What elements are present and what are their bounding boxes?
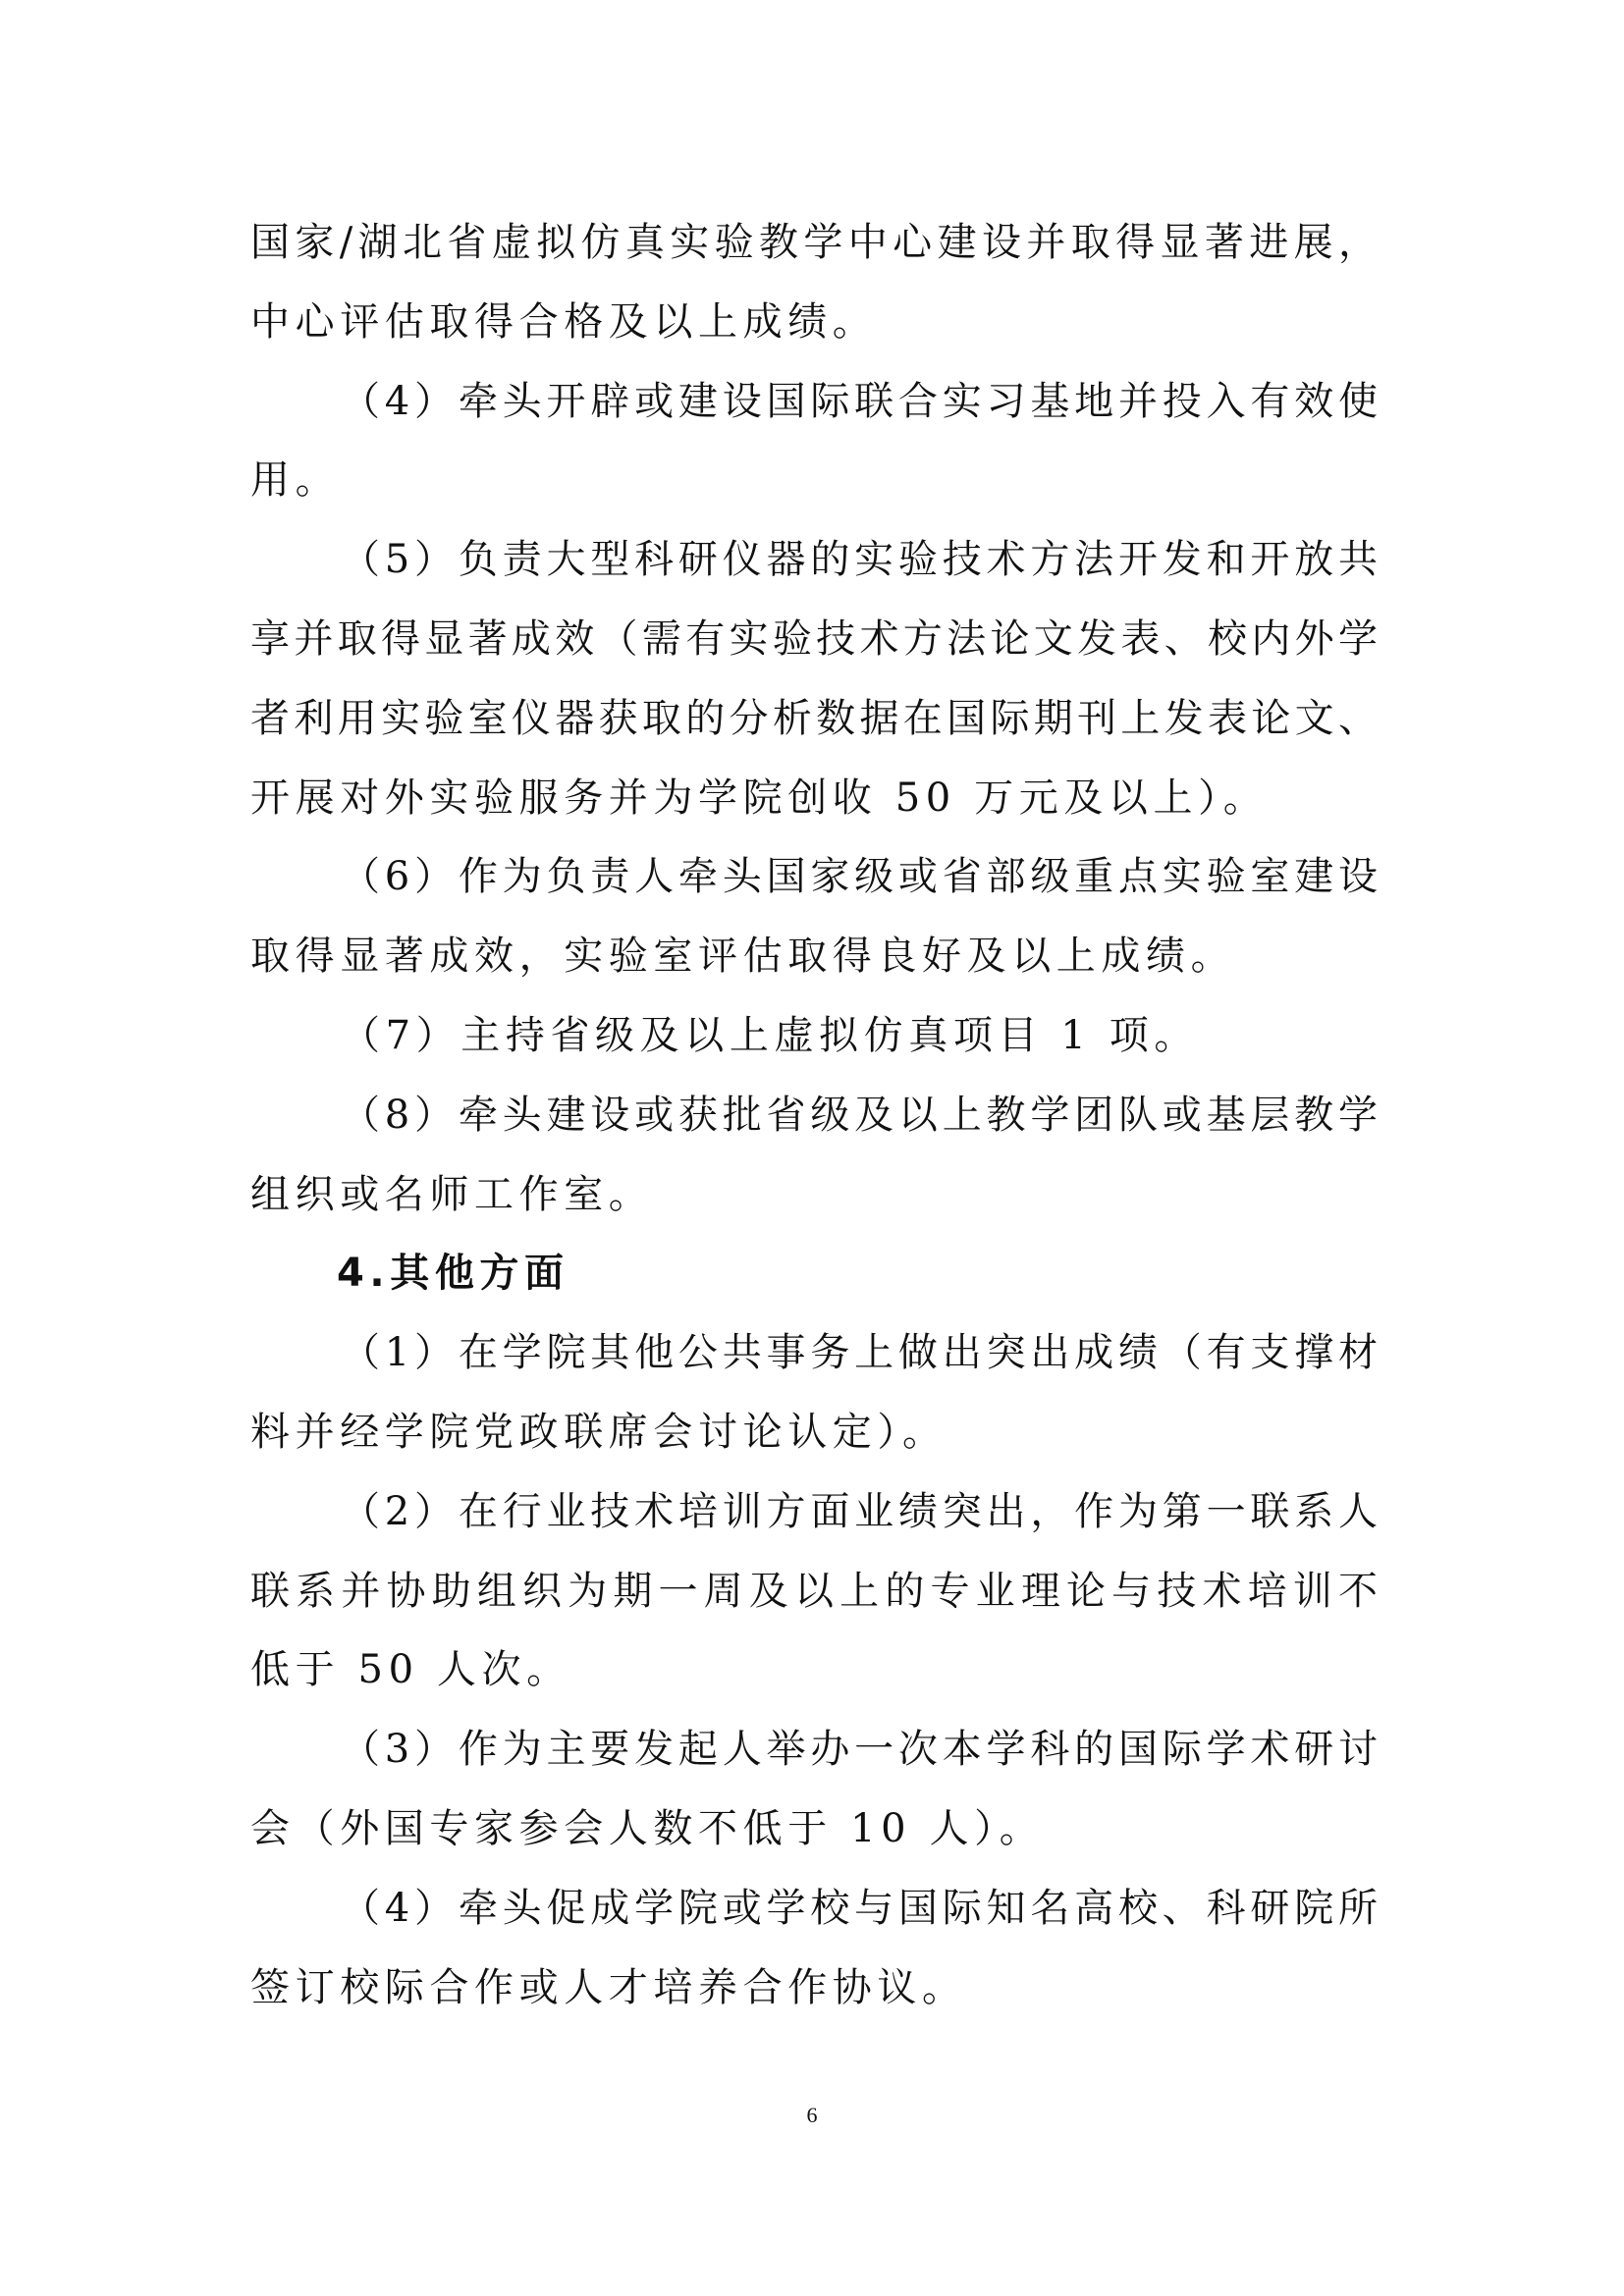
list-item-line: 料并经学院党政联席会讨论认定）。	[250, 1393, 1378, 1472]
list-item-line: （1）在学院其他公共事务上做出突出成绩（有支撑材	[250, 1313, 1378, 1393]
text-line: 中心评估取得合格及以上成绩。	[250, 283, 1378, 362]
text-line: 国家/湖北省虚拟仿真实验教学中心建设并取得显著进展，	[250, 203, 1378, 283]
list-item-line: 低于 50 人次。	[250, 1630, 1378, 1710]
list-item-line: （5）负责大型科研仪器的实验技术方法开发和开放共	[250, 520, 1378, 600]
list-item-line: （3）作为主要发起人举办一次本学科的国际学术研讨	[250, 1710, 1378, 1789]
document-body: 国家/湖北省虚拟仿真实验教学中心建设并取得显著进展， 中心评估取得合格及以上成绩…	[250, 203, 1378, 2027]
list-item-line: （6）作为负责人牵头国家级或省部级重点实验室建设	[250, 837, 1378, 917]
list-item-line: 会（外国专家参会人数不低于 10 人）。	[250, 1789, 1378, 1869]
document-page: 国家/湖北省虚拟仿真实验教学中心建设并取得显著进展， 中心评估取得合格及以上成绩…	[0, 0, 1624, 2296]
list-item-line: （2）在行业技术培训方面业绩突出，作为第一联系人	[250, 1472, 1378, 1552]
list-item-line: 开展对外实验服务并为学院创收 50 万元及以上）。	[250, 759, 1378, 838]
section-heading: 4.其他方面	[250, 1234, 1378, 1313]
list-item-line: 享并取得显著成效（需有实验技术方法论文发表、校内外学	[250, 600, 1378, 679]
list-item-line: 者利用实验室仪器获取的分析数据在国际期刊上发表论文、	[250, 679, 1378, 759]
list-item-line: （7）主持省级及以上虚拟仿真项目 1 项。	[250, 996, 1378, 1076]
list-item-line: （4）牵头开辟或建设国际联合实习基地并投入有效使	[250, 362, 1378, 442]
list-item-line: 用。	[250, 441, 1378, 520]
list-item-line: （8）牵头建设或获批省级及以上教学团队或基层教学	[250, 1076, 1378, 1155]
list-item-line: （4）牵头促成学院或学校与国际知名高校、科研院所	[250, 1869, 1378, 1949]
list-item-line: 取得显著成效，实验室评估取得良好及以上成绩。	[250, 917, 1378, 996]
list-item-line: 联系并协助组织为期一周及以上的专业理论与技术培训不	[250, 1552, 1378, 1631]
list-item-line: 组织或名师工作室。	[250, 1155, 1378, 1235]
page-number: 6	[0, 2103, 1624, 2128]
list-item-line: 签订校际合作或人才培养合作协议。	[250, 1949, 1378, 2028]
